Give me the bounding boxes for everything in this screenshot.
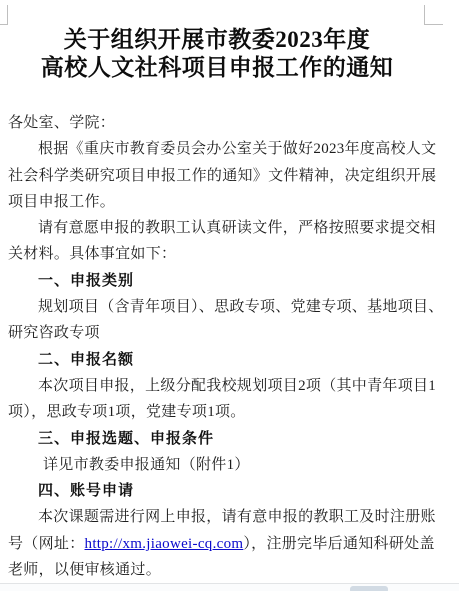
link-line-prefix: 号（网址：: [8, 536, 85, 552]
window-bottom-strip: [0, 584, 459, 591]
body-line: 关材料。具体事宜如下：: [8, 241, 426, 267]
margin-cropmark-topleft-vertical: [7, 5, 8, 24]
body-line: 项），思政专项1项，党建专项1项。: [8, 399, 426, 425]
body-line: 请有意愿申报的教职工认真研读文件，严格按照要求提交相: [8, 215, 426, 241]
body-line: 项目申报工作。: [8, 189, 426, 215]
body-line-with-link: 号（网址：http://xm.jiaowei-cq.com），注册完毕后通知科研…: [8, 531, 426, 557]
body-line: 根据《重庆市教育委员会办公室关于做好2023年度高校人文: [8, 136, 426, 162]
body-line: 规划项目（含青年项目）、思政专项、党建专项、基地项目、: [8, 294, 426, 320]
body-line: 老师，以便审核通过。: [8, 557, 426, 583]
body-line: 本次课题需进行网上申报，请有意申报的教职工及时注册账: [8, 504, 426, 530]
jiaowei-registration-link[interactable]: http://xm.jiaowei-cq.com: [85, 536, 244, 552]
document-body: 各处室、学院： 根据《重庆市教育委员会办公室关于做好2023年度高校人文 社会科…: [8, 110, 426, 583]
body-line: 社会科学类研究项目申报工作的通知》文件精神，决定组织开展: [8, 163, 426, 189]
salutation-line: 各处室、学院：: [8, 110, 426, 136]
link-line-suffix: ），注册完毕后通知科研处盖: [243, 536, 434, 552]
document-page: 关于组织开展市教委2023年度 高校人文社科项目申报工作的通知 各处室、学院： …: [0, 0, 459, 591]
document-content: 关于组织开展市教委2023年度 高校人文社科项目申报工作的通知 各处室、学院： …: [8, 26, 426, 583]
section-heading-2: 二、申报名额: [8, 347, 426, 373]
horizontal-scrollbar-thumb[interactable]: [350, 586, 388, 591]
margin-cropmark-topright-horizontal: [424, 24, 443, 25]
document-title: 关于组织开展市教委2023年度 高校人文社科项目申报工作的通知: [8, 26, 426, 82]
title-line-2: 高校人文社科项目申报工作的通知: [8, 54, 426, 82]
margin-cropmark-topleft-horizontal: [0, 24, 8, 25]
body-line: 本次项目申报，上级分配我校规划项目2项（其中青年项目1: [8, 373, 426, 399]
section-heading-4: 四、账号申请: [8, 478, 426, 504]
section-heading-1: 一、申报类别: [8, 268, 426, 294]
margin-cropmark-topright-vertical: [424, 5, 425, 24]
body-line: 研究咨政专项: [8, 320, 426, 346]
body-line: 详见市教委申报通知（附件1）: [8, 452, 426, 478]
section-heading-3: 三、申报选题、申报条件: [8, 426, 426, 452]
title-line-1: 关于组织开展市教委2023年度: [8, 26, 426, 54]
